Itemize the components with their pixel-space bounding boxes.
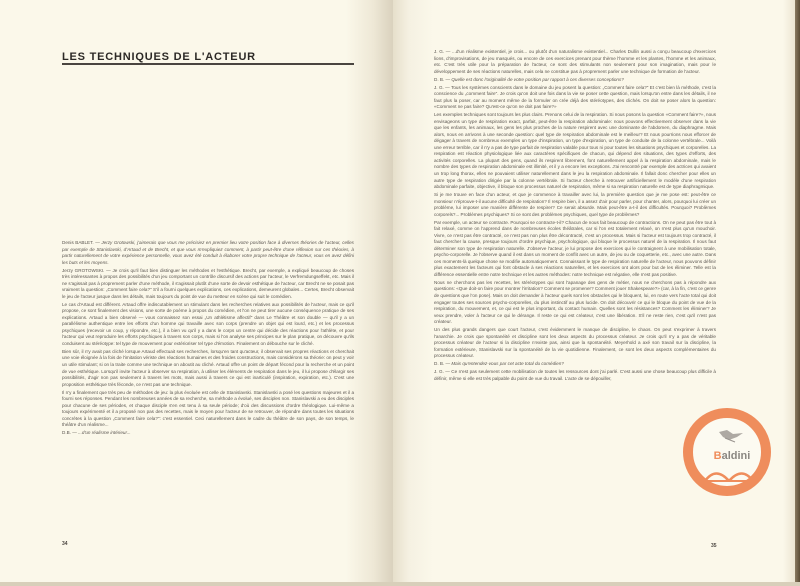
speaker-label: D. B. — xyxy=(434,361,451,366)
paragraph-text: Bien sûr, il n'y avait pas cliché lorsqu… xyxy=(62,349,354,387)
bird-icon xyxy=(717,428,745,444)
paragraph: Le cas d'Artaud est différent. Artaud of… xyxy=(62,302,354,348)
paragraph: Il n'y a finalement que très peu de méth… xyxy=(62,390,354,429)
chapter-title: LES TECHNIQUES DE L'ACTEUR xyxy=(62,51,256,63)
paragraph: Un des plus grands dangers que court l'a… xyxy=(434,327,716,360)
paragraph: Bien sûr, il n'y avait pas cliché lorsqu… xyxy=(62,349,354,388)
speaker-label: D.B. — xyxy=(62,430,78,435)
paragraph: J. G. — Tous les systèmes conscients dan… xyxy=(434,85,716,111)
paragraph-text: Ce n'est pas seulement cette mobilisatio… xyxy=(434,369,716,381)
bridge-arches-icon xyxy=(703,466,755,482)
speaker-label: D. B. — xyxy=(434,77,451,82)
speaker-label: J. G. — xyxy=(434,85,451,90)
paragraph-text: Quelle est donc l'originalité de votre p… xyxy=(451,77,623,82)
speaker-label: J. G. — xyxy=(434,49,452,54)
paragraph-text: Le cas d'Artaud est différent. Artaud of… xyxy=(62,302,354,346)
paragraph-text: Mais qu'entendez-vous par cet acte total… xyxy=(451,361,563,366)
page-bottom-edge xyxy=(0,582,800,586)
paragraph: Si je me trouve en face d'un acteur, et … xyxy=(434,192,716,218)
paragraph-text: Un des plus grands dangers que court l'a… xyxy=(434,327,716,358)
page-number-left: 34 xyxy=(62,541,68,547)
left-page: LES TECHNIQUES DE L'ACTEUR Denis BABLET.… xyxy=(0,0,393,584)
paragraph: Les exemples techniques sont toujours le… xyxy=(434,112,716,191)
paragraph: Denis BABLET. — Jerzy Grotowski, j'aimer… xyxy=(62,240,354,266)
right-page-text: J. G. — ...d'un réalisme existentiel, je… xyxy=(434,49,716,384)
speaker-label: Jerzy GROTOWSKI. — xyxy=(62,268,112,273)
paragraph-text: ...d'un réalisme existentiel, je crois..… xyxy=(434,49,716,74)
stamp-initial: B xyxy=(714,450,722,462)
paragraph: D. B. — Quelle est donc l'originalité de… xyxy=(434,77,716,84)
paragraph: Jerzy GROTOWSKI. — Je crois qu'il faut b… xyxy=(62,268,354,301)
paragraph-text: Il n'y a finalement que très peu de méth… xyxy=(62,390,354,428)
paragraph: D. B. — Mais qu'entendez-vous par cet ac… xyxy=(434,361,716,368)
paragraph: Nous ne cherchons pas les recettes, les … xyxy=(434,280,716,326)
speaker-label: J. G. — xyxy=(434,369,451,374)
left-page-text: Denis BABLET. — Jerzy Grotowski, j'aimer… xyxy=(62,240,354,438)
paragraph-text: Si je me trouve en face d'un acteur, et … xyxy=(434,192,716,217)
speaker-label: Denis BABLET. — xyxy=(62,240,101,245)
paragraph-text: Jerzy Grotowski, j'aimerais que vous me … xyxy=(62,240,354,265)
library-stamp: Baldini xyxy=(683,408,771,496)
title-rule xyxy=(62,63,354,65)
page-number-right: 35 xyxy=(711,543,717,549)
paragraph: D.B. — ...d'un réalisme intérieur... xyxy=(62,430,354,437)
paragraph: J. G. — ...d'un réalisme existentiel, je… xyxy=(434,49,716,75)
paragraph: Par exemple, un acteur se contracte. Pou… xyxy=(434,220,716,279)
paragraph: J. G. — Ce n'est pas seulement cette mob… xyxy=(434,369,716,382)
paragraph-text: Tous les systèmes conscients dans le dom… xyxy=(434,85,716,110)
book-edge xyxy=(795,0,800,586)
stamp-label-rest: aldini xyxy=(722,450,751,462)
paragraph-text: Les exemples techniques sont toujours le… xyxy=(434,112,716,189)
stamp-label: Baldini xyxy=(697,450,767,462)
right-page: J. G. — ...d'un réalisme existentiel, je… xyxy=(393,0,795,584)
paragraph-text: ...d'un réalisme intérieur... xyxy=(78,430,131,435)
book-spread: LES TECHNIQUES DE L'ACTEUR Denis BABLET.… xyxy=(0,0,800,586)
paragraph-text: Nous ne cherchons pas les recettes, les … xyxy=(434,280,716,324)
paragraph-text: Par exemple, un acteur se contracte. Pou… xyxy=(434,220,716,277)
